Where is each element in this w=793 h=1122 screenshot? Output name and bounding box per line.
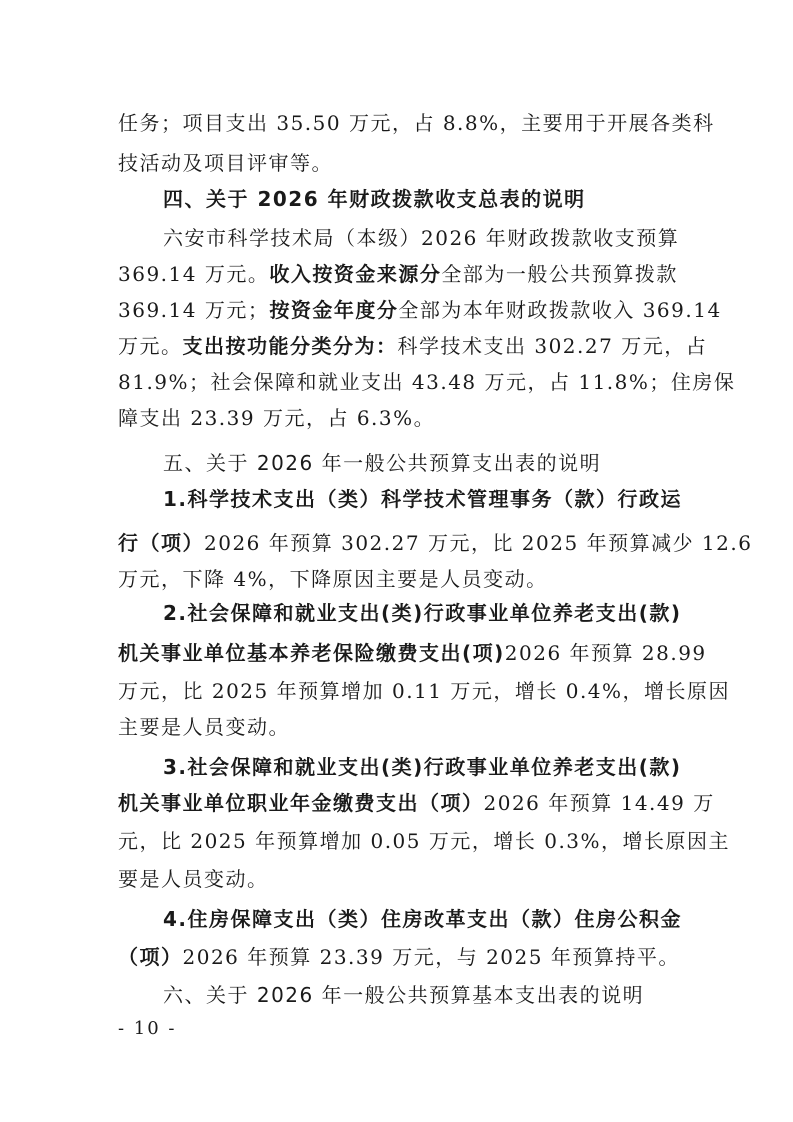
paragraph-line: 369.14 万元；按资金年度分全部为本年财政拨款收入 369.14	[118, 297, 678, 323]
paragraph-line: 六安市科学技术局（本级）2026 年财政拨款收支预算	[163, 225, 678, 251]
bold-term: 支出按功能分类分为：	[183, 334, 398, 358]
bold-term: （项）	[118, 945, 183, 969]
text-run: 2026 年预算 28.99	[505, 641, 707, 665]
section-heading-four: 四、关于 2026 年财政拨款收支总表的说明	[163, 186, 678, 212]
bold-term: 机关事业单位职业年金缴费支出（项）	[118, 791, 484, 815]
bold-term: 按资金年度分	[269, 298, 398, 322]
paragraph-line: （项）2026 年预算 23.39 万元，与 2025 年预算持平。	[118, 944, 678, 970]
text-run: 2026 年预算 302.27 万元，比 2025 年预算减少 12.6	[204, 531, 752, 555]
paragraph-line: 障支出 23.39 万元，占 6.3%。	[118, 405, 678, 431]
paragraph-line: 81.9%；社会保障和就业支出 43.48 万元，占 11.8%；住房保	[118, 369, 678, 395]
item-title: 1.科学技术支出（类）科学技术管理事务（款）行政运	[163, 486, 678, 512]
item-title: 2.社会保障和就业支出(类)行政事业单位养老支出(款)	[163, 600, 678, 626]
section-heading-five: 五、关于 2026 年一般公共预算支出表的说明	[163, 450, 678, 476]
paragraph-line: 任务；项目支出 35.50 万元，占 8.8%，主要用于开展各类科	[118, 110, 678, 136]
paragraph-line: 元，比 2025 年预算增加 0.05 万元，增长 0.3%，增长原因主	[118, 828, 678, 854]
item-title: 3.社会保障和就业支出(类)行政事业单位养老支出(款)	[163, 754, 678, 780]
item-title: 4.住房保障支出（类）住房改革支出（款）住房公积金	[163, 906, 678, 932]
text-run: 2026 年预算 14.49 万	[484, 791, 715, 815]
section-heading-six: 六、关于 2026 年一般公共预算基本支出表的说明	[163, 982, 678, 1008]
paragraph-line: 万元，比 2025 年预算增加 0.11 万元，增长 0.4%，增长原因	[118, 678, 678, 704]
paragraph-line: 机关事业单位基本养老保险缴费支出(项)2026 年预算 28.99	[118, 640, 678, 666]
paragraph-line: 技活动及项目评审等。	[118, 150, 678, 176]
text-run: 369.14 万元。	[118, 262, 269, 286]
text-run: 全部为本年财政拨款收入 369.14	[398, 298, 721, 322]
paragraph-line: 机关事业单位职业年金缴费支出（项）2026 年预算 14.49 万	[118, 790, 678, 816]
paragraph-line: 369.14 万元。收入按资金来源分全部为一般公共预算拨款	[118, 261, 678, 287]
document-page: 任务；项目支出 35.50 万元，占 8.8%，主要用于开展各类科 技活动及项目…	[0, 0, 793, 1122]
text-run: 科学技术支出 302.27 万元，占	[398, 334, 708, 358]
page-number: - 10 -	[118, 1017, 177, 1041]
paragraph-line: 万元，下降 4%，下降原因主要是人员变动。	[118, 566, 678, 592]
text-run: 全部为一般公共预算拨款	[441, 262, 678, 286]
bold-term: 机关事业单位基本养老保险缴费支出(项)	[118, 641, 505, 665]
paragraph-line: 要是人员变动。	[118, 866, 678, 892]
paragraph-line: 行（项）2026 年预算 302.27 万元，比 2025 年预算减少 12.6	[118, 530, 678, 556]
bold-term: 收入按资金来源分	[269, 262, 441, 286]
text-run: 万元。	[118, 334, 183, 358]
text-run: 369.14 万元；	[118, 298, 269, 322]
text-run: 2026 年预算 23.39 万元，与 2025 年预算持平。	[183, 945, 680, 969]
bold-term: 行（项）	[118, 531, 204, 555]
paragraph-line: 万元。支出按功能分类分为：科学技术支出 302.27 万元，占	[118, 333, 678, 359]
paragraph-line: 主要是人员变动。	[118, 714, 678, 740]
